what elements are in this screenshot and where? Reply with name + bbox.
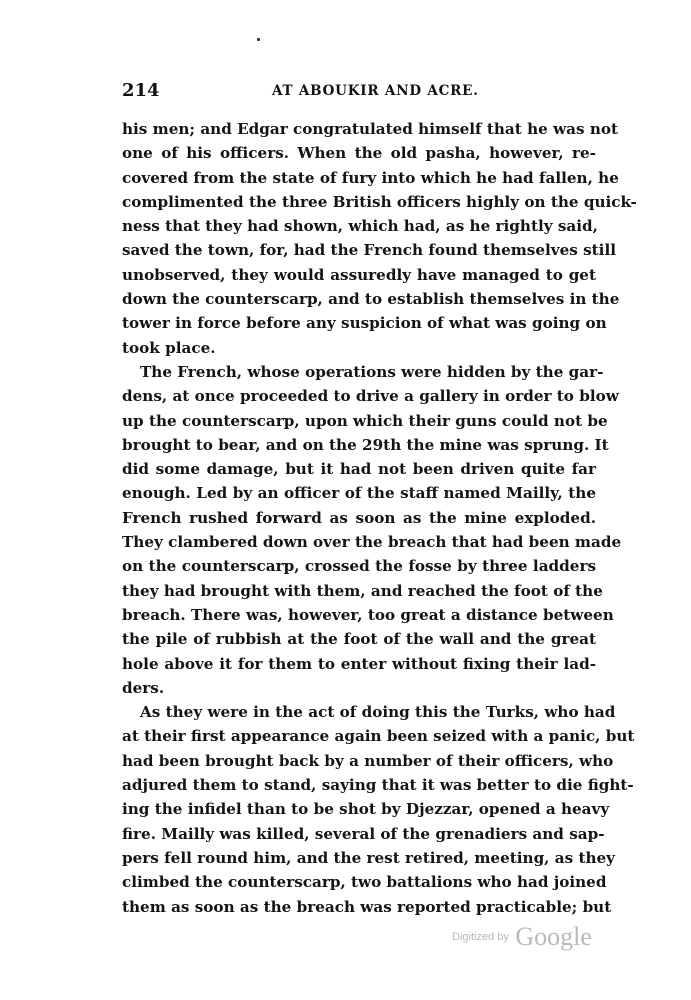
text-line: The French, whose operations were hidden… <box>122 360 596 384</box>
text-line: them as soon as the breach was reported … <box>122 895 596 919</box>
text-line: French rushed forward as soon as the min… <box>122 506 596 530</box>
text-line: his men; and Edgar congratulated himself… <box>122 117 596 141</box>
google-watermark: Digitized by Google <box>452 922 592 952</box>
text-line: ness that they had shown, which had, as … <box>122 214 596 238</box>
text-line: they had brought with them, and reached … <box>122 579 596 603</box>
text-line: covered from the state of fury into whic… <box>122 166 596 190</box>
text-line: had been brought back by a number of the… <box>122 749 596 773</box>
text-line: on the counterscarp, crossed the fosse b… <box>122 554 596 578</box>
text-line: adjured them to stand, saying that it wa… <box>122 773 596 797</box>
text-line: climbed the counterscarp, two battalions… <box>122 870 596 894</box>
text-line: breach. There was, however, too great a … <box>122 603 596 627</box>
text-line: As they were in the act of doing this th… <box>122 700 596 724</box>
text-line: hole above it for them to enter without … <box>122 652 596 676</box>
running-title: AT ABOUKIR AND ACRE. <box>272 83 479 99</box>
watermark-prefix: Digitized by <box>452 931 509 943</box>
text-line: ders. <box>122 676 596 700</box>
text-line: enough. Led by an officer of the staff n… <box>122 481 596 505</box>
text-line: down the counterscarp, and to establish … <box>122 287 596 311</box>
text-line: ing the infidel than to be shot by Djezz… <box>122 797 596 821</box>
text-line: They clambered down over the breach that… <box>122 530 596 554</box>
text-line: unobserved, they would assuredly have ma… <box>122 263 596 287</box>
text-line: tower in force before any suspicion of w… <box>122 311 596 335</box>
text-line: saved the town, for, had the French foun… <box>122 238 596 262</box>
page-number: 214 <box>122 80 160 101</box>
text-line: up the counterscarp, upon which their gu… <box>122 409 596 433</box>
text-line: did some damage, but it had not been dri… <box>122 457 596 481</box>
text-line: the pile of rubbish at the foot of the w… <box>122 627 596 651</box>
scan-speck <box>257 38 260 41</box>
text-line: fire. Mailly was killed, several of the … <box>122 822 596 846</box>
page-header: 214 AT ABOUKIR AND ACRE. <box>122 80 596 104</box>
watermark-brand: Google <box>515 922 592 951</box>
text-line: brought to bear, and on the 29th the min… <box>122 433 596 457</box>
book-page: 214 AT ABOUKIR AND ACRE. his men; and Ed… <box>0 0 691 1000</box>
text-line: at their first appearance again been sei… <box>122 724 596 748</box>
body-text: his men; and Edgar congratulated himself… <box>122 117 596 919</box>
text-line: pers fell round him, and the rest retire… <box>122 846 596 870</box>
text-line: took place. <box>122 336 596 360</box>
text-line: one of his officers. When the old pasha,… <box>122 141 596 165</box>
text-line: complimented the three British officers … <box>122 190 596 214</box>
text-line: dens, at once proceeded to drive a galle… <box>122 384 596 408</box>
